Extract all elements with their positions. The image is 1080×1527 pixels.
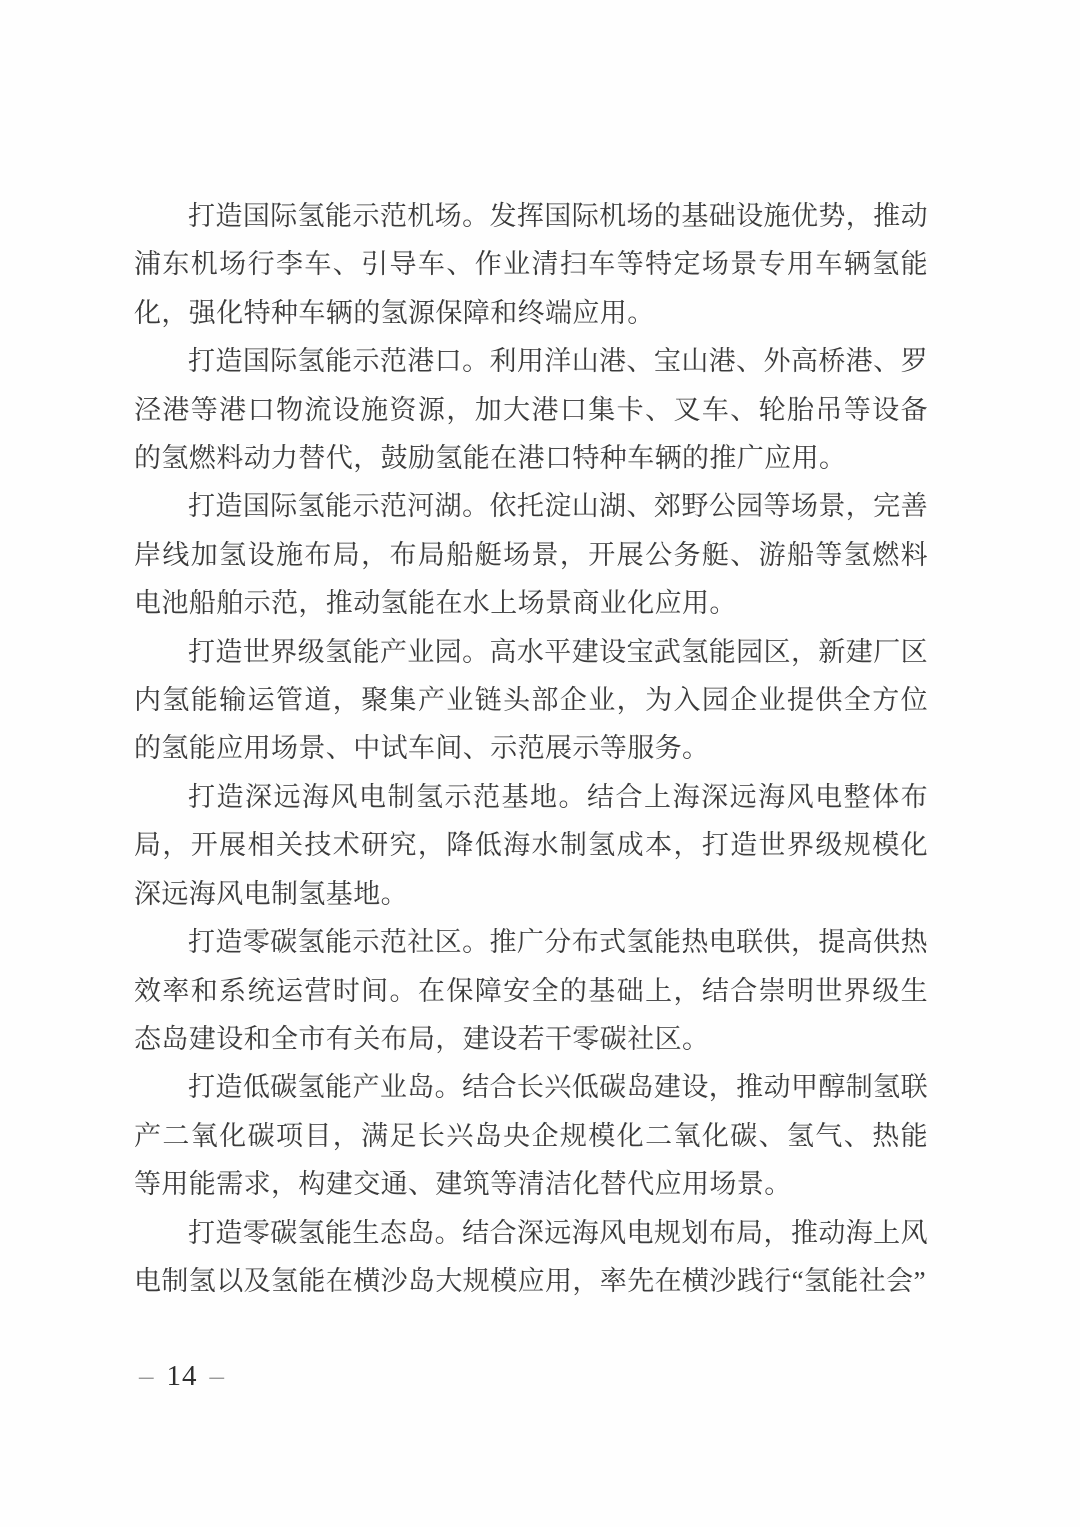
paragraph-zero-carbon-eco-island: 打造零碳氢能生态岛。结合深远海风电规划布局，推动海上风电制氢以及氢能在横沙岛大规… bbox=[134, 1209, 928, 1306]
document-body: 打造国际氢能示范机场。发挥国际机场的基础设施优势，推动浦东机场行李车、引导车、作… bbox=[134, 192, 928, 1305]
paragraph-world-class-industrial-park: 打造世界级氢能产业园。高水平建设宝武氢能园区，新建厂区内氢能输运管道，聚集产业链… bbox=[134, 628, 928, 773]
page-number: 14 bbox=[167, 1360, 198, 1392]
paragraph-low-carbon-industry-island: 打造低碳氢能产业岛。结合长兴低碳岛建设，推动甲醇制氢联产二氧化碳项目，满足长兴岛… bbox=[134, 1063, 928, 1208]
paragraph-offshore-wind-hydrogen-base: 打造深远海风电制氢示范基地。结合上海深远海风电整体布局，开展相关技术研究，降低海… bbox=[134, 773, 928, 918]
paragraph-hydrogen-demo-port: 打造国际氢能示范港口。利用洋山港、宝山港、外高桥港、罗泾港等港口物流设施资源，加… bbox=[134, 337, 928, 482]
paragraph-hydrogen-demo-airport: 打造国际氢能示范机场。发挥国际机场的基础设施优势，推动浦东机场行李车、引导车、作… bbox=[134, 192, 928, 337]
document-page: 打造国际氢能示范机场。发挥国际机场的基础设施优势，推动浦东机场行李车、引导车、作… bbox=[0, 0, 1080, 1527]
paragraph-hydrogen-demo-rivers-lakes: 打造国际氢能示范河湖。依托淀山湖、郊野公园等场景，完善岸线加氢设施布局，布局船艇… bbox=[134, 482, 928, 627]
footer-dash-left: – bbox=[139, 1360, 155, 1392]
footer-dash-right: – bbox=[210, 1360, 226, 1392]
paragraph-zero-carbon-community: 打造零碳氢能示范社区。推广分布式氢能热电联供，提高供热效率和系统运营时间。在保障… bbox=[134, 918, 928, 1063]
page-footer: –14– bbox=[139, 1360, 225, 1393]
